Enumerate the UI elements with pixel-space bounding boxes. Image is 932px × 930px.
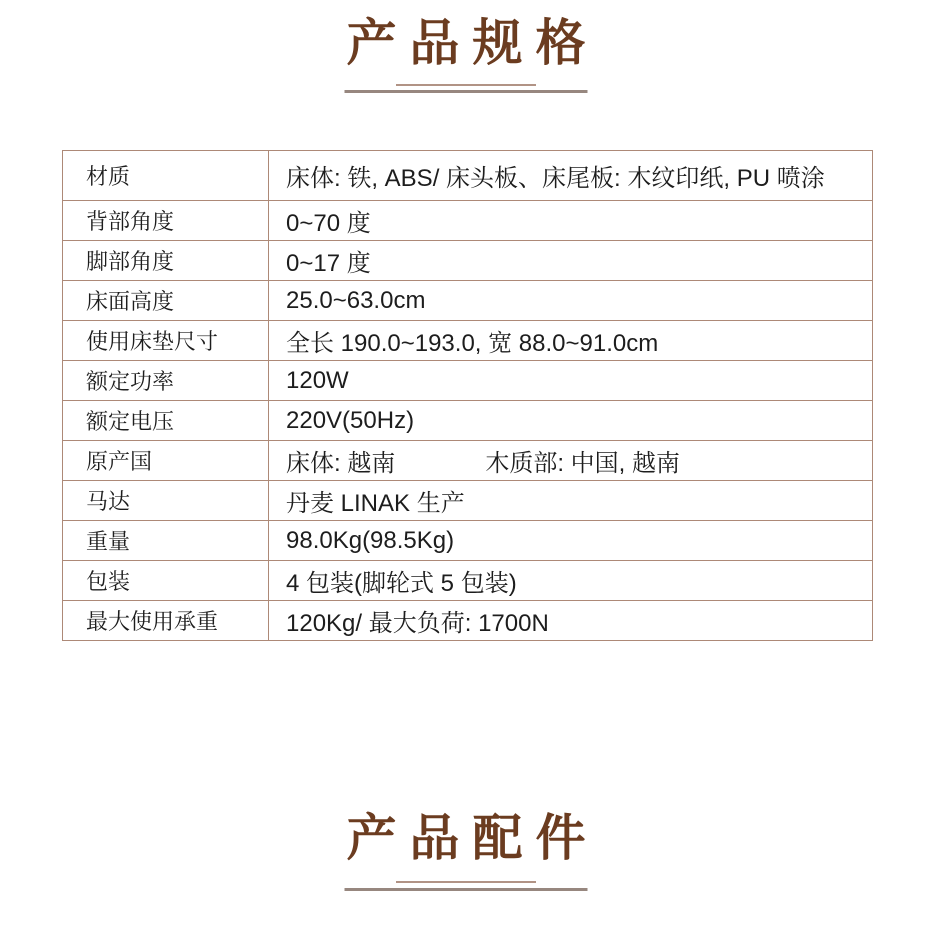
spec-value: 床体: 越南木质部: 中国, 越南 [269,441,873,481]
table-row: 重量 98.0Kg(98.5Kg) [63,521,873,561]
product-spec-page: 产品规格 材质 床体: 铁, ABS/ 床头板、床尾板: 木纹印纸, PU 喷涂… [0,0,932,930]
spec-value: 0~70 度 [269,201,873,241]
spec-value: 全长 190.0~193.0, 宽 88.0~91.0cm [269,321,873,361]
spec-label: 材质 [63,151,269,201]
table-row: 额定电压 220V(50Hz) [63,401,873,441]
spec-value-part2: 木质部: 中国, 越南 [485,450,680,477]
spec-title-underline-long [345,90,588,93]
spec-value: 120W [269,361,873,401]
table-row: 最大使用承重 120Kg/ 最大负荷: 1700N [63,601,873,641]
spec-value: 4 包装(脚轮式 5 包装) [269,561,873,601]
accessories-section-title: 产品配件 [0,808,932,868]
spec-label: 脚部角度 [63,241,269,281]
table-row: 使用床垫尺寸 全长 190.0~193.0, 宽 88.0~91.0cm [63,321,873,361]
spec-value: 220V(50Hz) [269,401,873,441]
spec-label: 额定功率 [63,361,269,401]
table-row: 床面高度 25.0~63.0cm [63,281,873,321]
spec-label: 原产国 [63,441,269,481]
table-row: 额定功率 120W [63,361,873,401]
table-row: 材质 床体: 铁, ABS/ 床头板、床尾板: 木纹印纸, PU 喷涂 [63,151,873,201]
table-row: 马达 丹麦 LINAK 生产 [63,481,873,521]
spec-label: 最大使用承重 [63,601,269,641]
accessories-title-underline-long [345,888,588,891]
spec-label: 使用床垫尺寸 [63,321,269,361]
spec-value: 0~17 度 [269,241,873,281]
spec-label: 床面高度 [63,281,269,321]
spec-label: 重量 [63,521,269,561]
table-row: 包装 4 包装(脚轮式 5 包装) [63,561,873,601]
spec-label: 额定电压 [63,401,269,441]
accessories-title-underline-short [396,881,536,883]
spec-label: 背部角度 [63,201,269,241]
spec-value: 25.0~63.0cm [269,281,873,321]
table-row: 脚部角度 0~17 度 [63,241,873,281]
spec-label: 马达 [63,481,269,521]
spec-value: 床体: 铁, ABS/ 床头板、床尾板: 木纹印纸, PU 喷涂 [269,151,873,201]
table-row: 背部角度 0~70 度 [63,201,873,241]
spec-value: 120Kg/ 最大负荷: 1700N [269,601,873,641]
table-row: 原产国 床体: 越南木质部: 中国, 越南 [63,441,873,481]
spec-value-part1: 床体: 越南 [286,450,395,477]
spec-value: 98.0Kg(98.5Kg) [269,521,873,561]
spec-section-title: 产品规格 [0,13,932,73]
spec-label: 包装 [63,561,269,601]
spec-table: 材质 床体: 铁, ABS/ 床头板、床尾板: 木纹印纸, PU 喷涂 背部角度… [62,150,873,641]
spec-value: 丹麦 LINAK 生产 [269,481,873,521]
spec-title-underline-short [396,84,536,86]
